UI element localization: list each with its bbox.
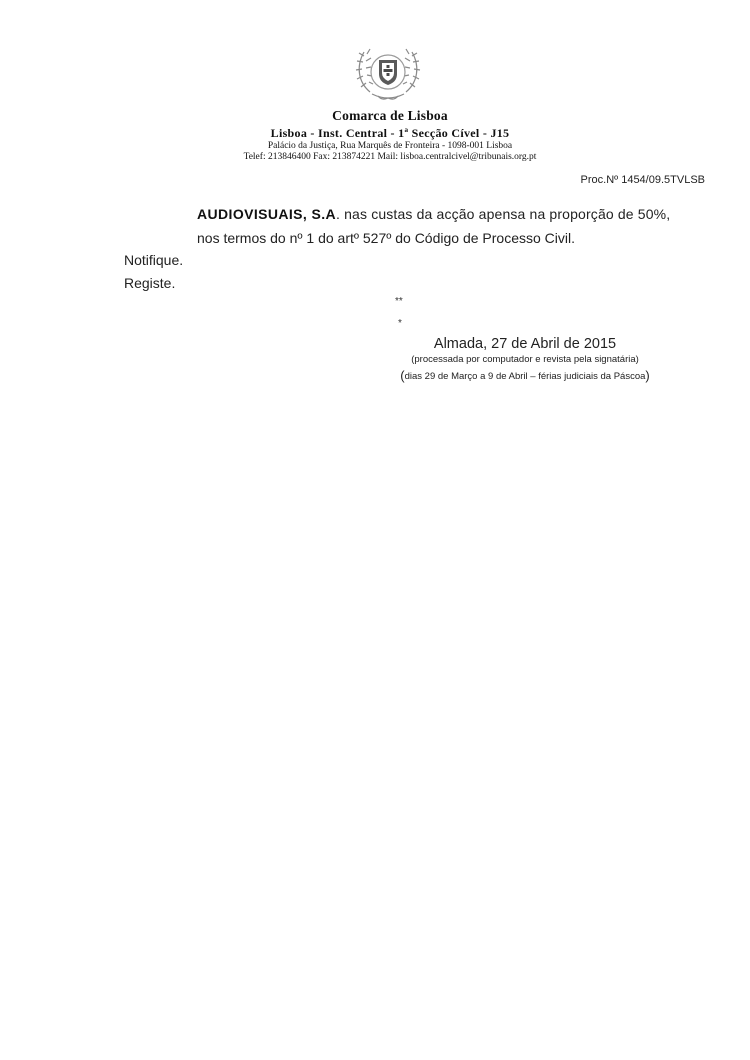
processing-note: (processada por computador e revista pel… (380, 354, 670, 365)
holiday-note-text: dias 29 de Março a 9 de Abril – férias j… (405, 371, 646, 382)
body-line-1-text: . nas custas da acção apensa na proporçã… (336, 206, 670, 222)
notifique-text: Notifique. (124, 252, 183, 268)
court-contact: Telef: 213846400 Fax: 213874221 Mail: li… (0, 152, 750, 162)
court-address: Palácio da Justiça, Rua Marquês de Front… (0, 141, 750, 151)
coat-of-arms-icon (352, 42, 424, 106)
separator-stars-top: ** (395, 296, 403, 307)
document-page: Comarca de Lisboa Lisboa - Inst. Central… (0, 0, 750, 1060)
process-number: Proc.Nº 1454/09.5TVLSB (581, 174, 705, 186)
court-section: Lisboa - Inst. Central - 1ª Secção Cível… (0, 126, 750, 141)
place-and-date: Almada, 27 de Abril de 2015 (380, 336, 670, 352)
paren-close: ) (645, 368, 649, 383)
court-name: Comarca de Lisboa (0, 108, 750, 124)
separator-stars-bottom: * (398, 318, 402, 329)
registe-text: Registe. (124, 275, 175, 291)
body-line-2: nos termos do nº 1 do artº 527º do Códig… (197, 230, 575, 246)
holiday-note: (dias 29 de Março a 9 de Abril – férias … (380, 368, 670, 383)
body-line-1: AUDIOVISUAIS, S.A. nas custas da acção a… (197, 206, 670, 222)
company-name: AUDIOVISUAIS, S.A (197, 206, 336, 222)
